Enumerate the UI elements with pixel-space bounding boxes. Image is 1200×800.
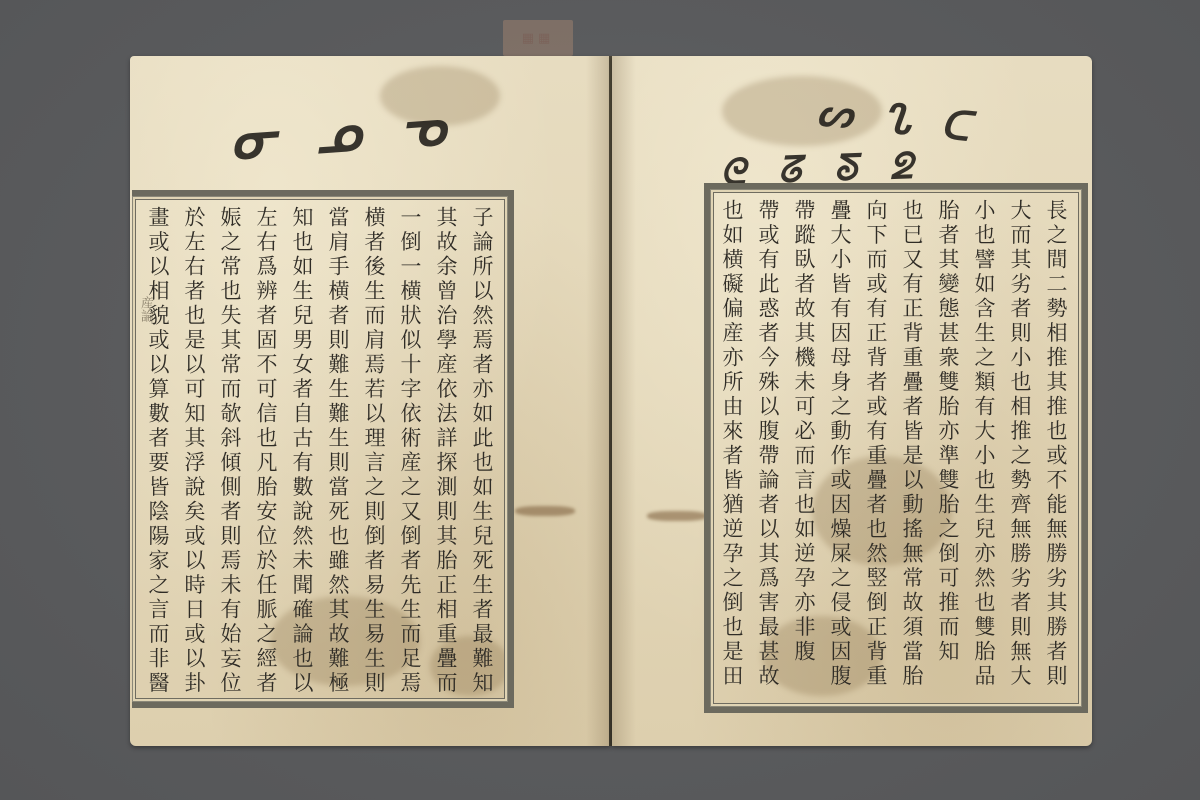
right-page: ᔕ ᔐ ᑕ ᘓ ᘔ ᘕ ᘖ 長之間二勢相推其推也或不能無勝劣其勝者則 大而其劣者… [612,56,1092,746]
book-scan-viewer: ▦▦ ᓂ ᓄ ᓀ 産論 子論所以然焉者亦如此也如生兒死生者最難知 其故余曾治學産… [0,0,1200,800]
handwritten-annotation: ᓂ ᓄ ᓀ [228,92,457,172]
left-page: ᓂ ᓄ ᓀ 産論 子論所以然焉者亦如此也如生兒死生者最難知 其故余曾治學産依法詳… [130,56,610,746]
gutter-shadow [612,56,636,746]
text-column: 横者後生而肩焉若以理言之則倒者易生易生則 [356,206,392,696]
text-column: 也已又有正背重疊者皆是以動搖無常故須當胎 [894,199,930,701]
text-column: 帶或有此惑者今殊以腹帶論者以其爲害最甚故 [750,199,786,701]
paper-tear [647,511,707,521]
text-column: 小也譬如含生之類有大小也生兒亦然也雙胎品 [966,199,1002,701]
printed-text-frame: 長之間二勢相推其推也或不能無勝劣其勝者則 大而其劣者則小也相推之勢齊無勝劣者則無… [704,183,1088,713]
printed-text-frame: 子論所以然焉者亦如此也如生兒死生者最難知 其故余曾治學産依法詳探測則其胎正相重疊… [132,190,514,708]
text-column: 其故余曾治學産依法詳探測則其胎正相重疊而 [428,206,464,696]
text-column: 一倒一横狀似十字依術産之又倒者先生而足焉 [392,206,428,696]
text-column: 大而其劣者則小也相推之勢齊無勝劣者則無大 [1002,199,1038,701]
text-column: 知也如生兒男女者自古有數說然未聞確論也以 [284,206,320,696]
text-column: 娠之常也失其常而欹斜傾側者則焉未有始妄位 [212,206,248,696]
stamp-text: ▦▦ [522,31,555,46]
text-column: 畫或以相貌或以算數者要皆陰陽家之言而非醫 [140,206,176,696]
text-columns: 子論所以然焉者亦如此也如生兒死生者最難知 其故余曾治學産依法詳探測則其胎正相重疊… [140,206,500,696]
text-column: 帶蹤臥者故其機未可必而言也如逆孕亦非腹 [786,199,822,701]
text-column: 當肩手横者則難生難生則當死也雖然其故難極 [320,206,356,696]
text-column: 也如横礙偏産亦所由來者皆猶逆孕之倒也是田 [714,199,750,701]
text-column: 向下而或有正背者或有重疊者也然竪倒正背重 [858,199,894,701]
text-column: 長之間二勢相推其推也或不能無勝劣其勝者則 [1038,199,1074,701]
text-column: 於左右者也是以可知其浮說矣或以時日或以卦 [176,206,212,696]
text-column: 胎者其變態甚衆雙胎亦準雙胎之倒可推而知 [930,199,966,701]
text-column: 子論所以然焉者亦如此也如生兒死生者最難知 [464,206,500,696]
gutter-shadow [586,56,610,746]
text-column: 左右爲辨者固不可信也凡胎安位於任脈之經者 [248,206,284,696]
text-column: 疊大小皆有因母身之動作或因燥屎之侵或因腹 [822,199,858,701]
archive-watermark-stamp: ▦▦ [503,20,573,56]
text-columns: 長之間二勢相推其推也或不能無勝劣其勝者則 大而其劣者則小也相推之勢齊無勝劣者則無… [718,199,1074,701]
paper-tear [515,506,575,516]
